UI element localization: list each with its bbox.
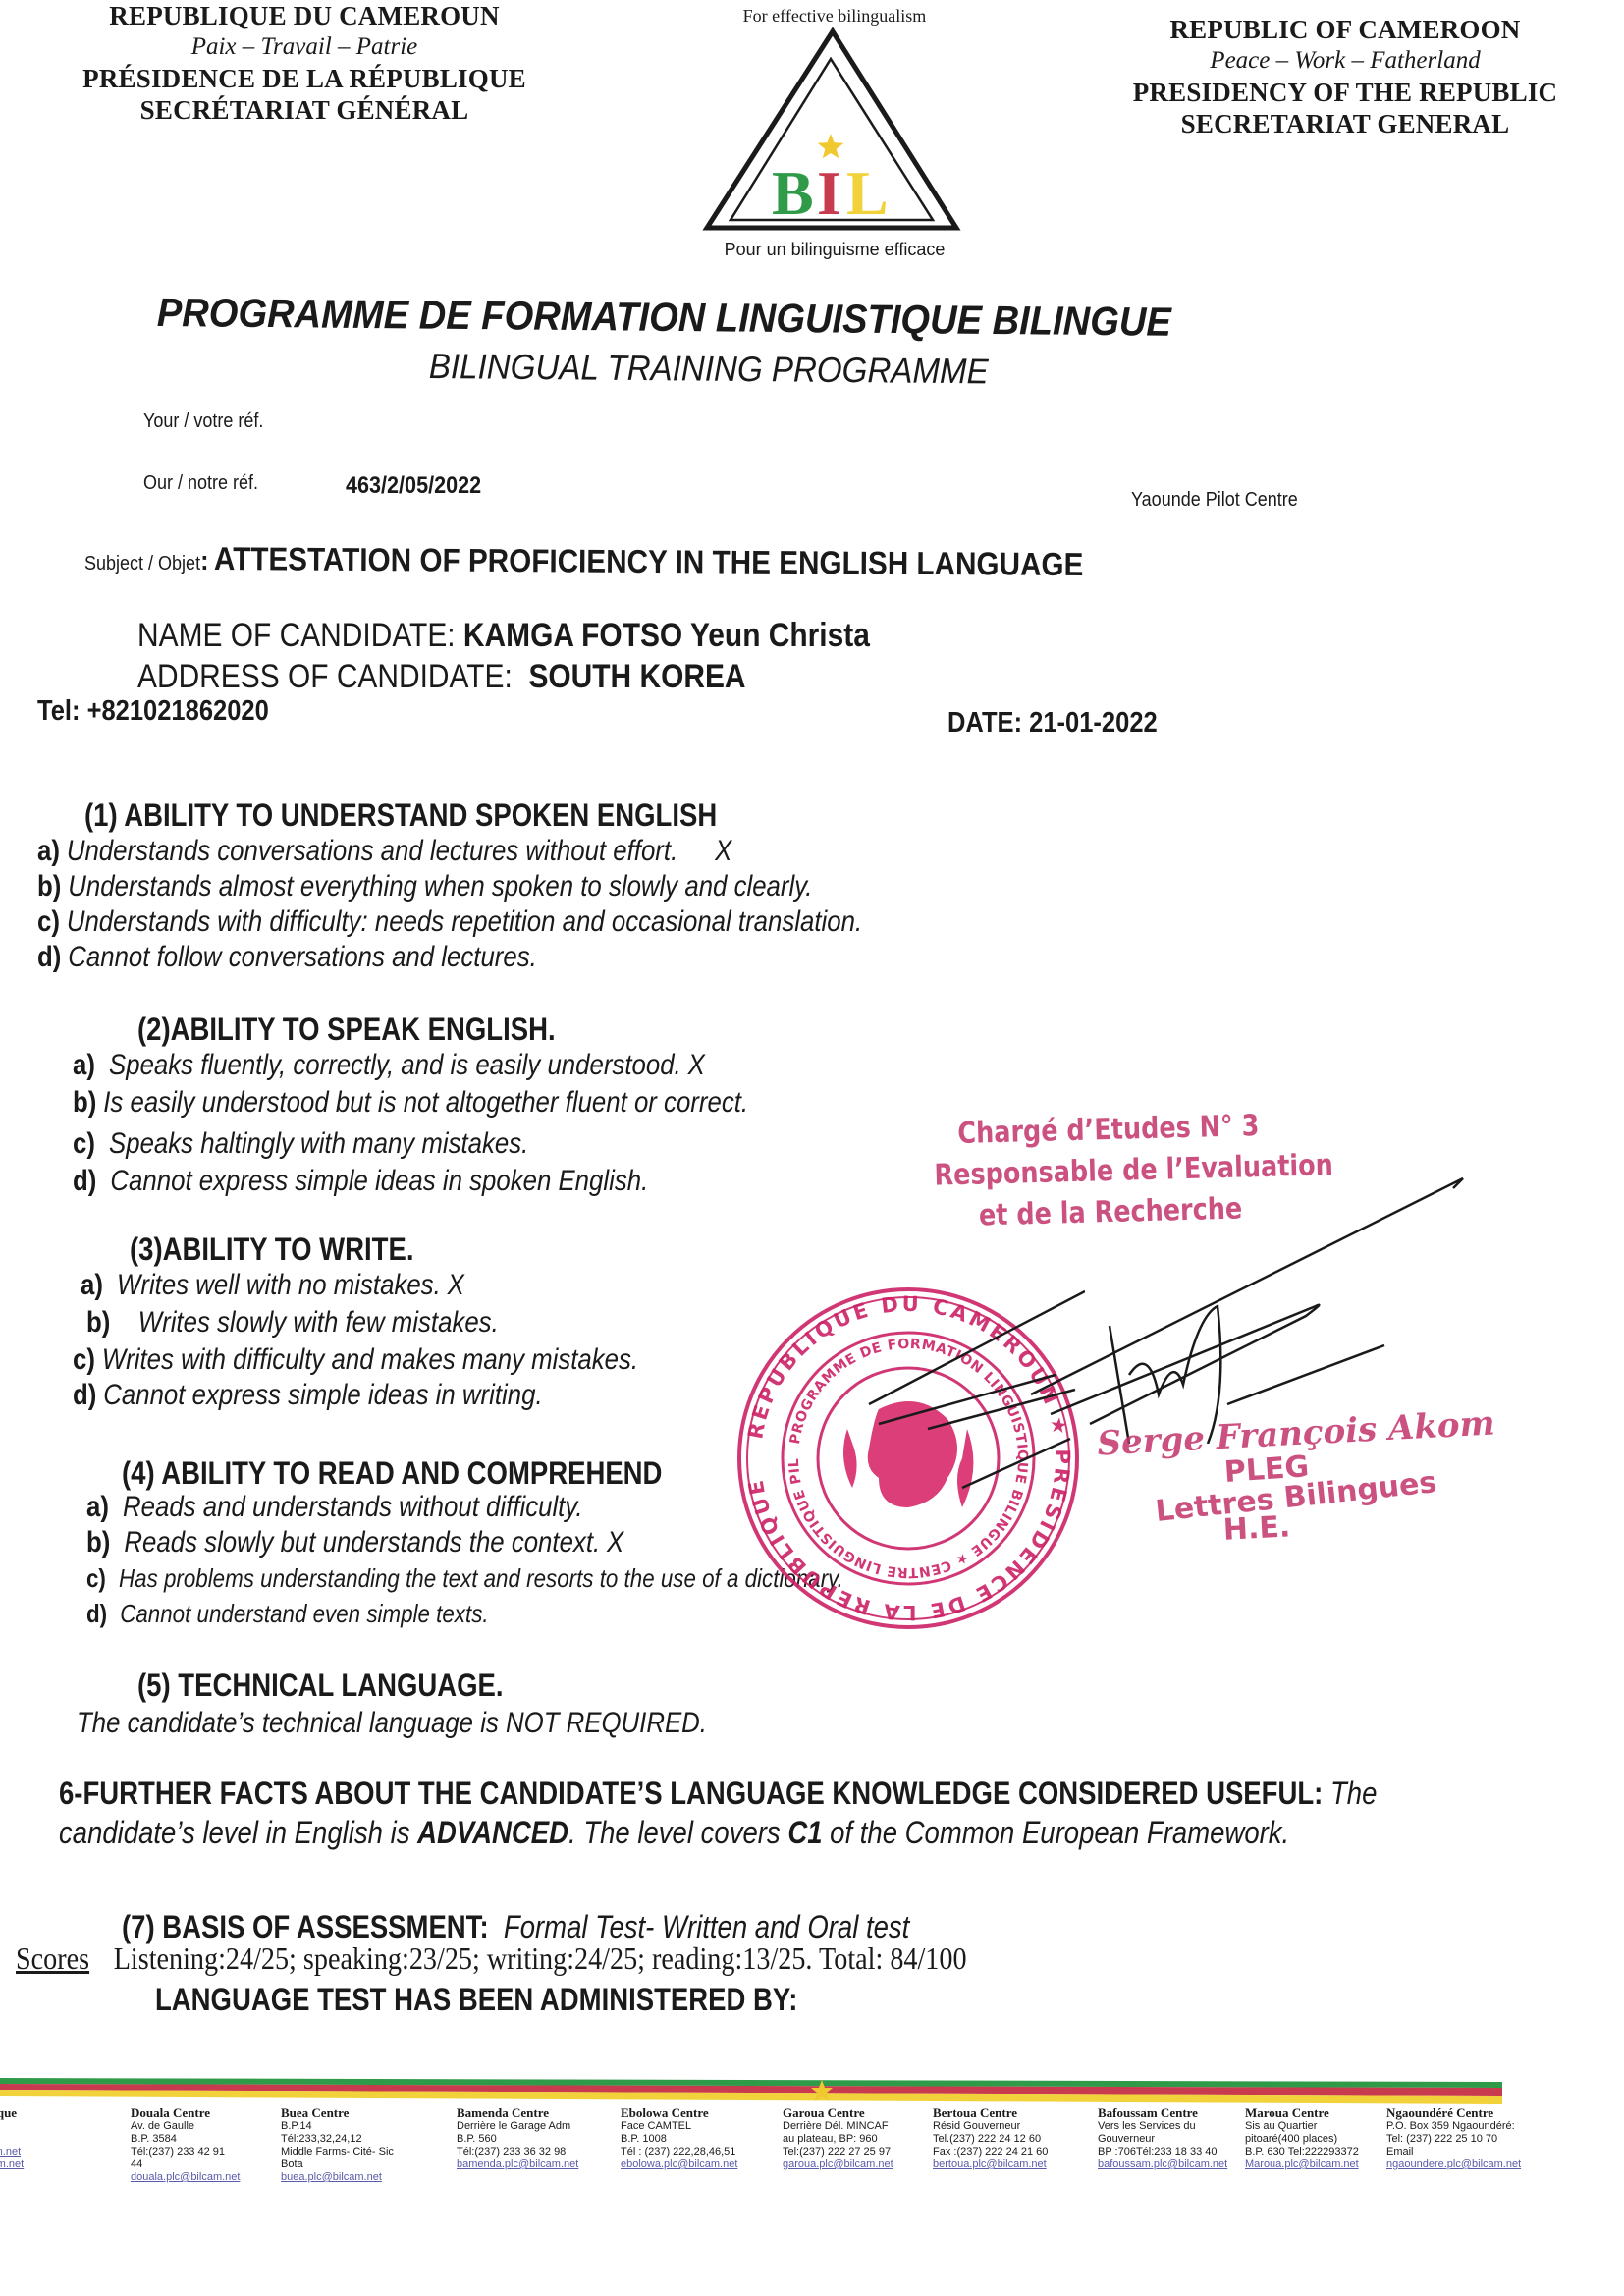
centre-email-link[interactable]: …bilcam.net bbox=[0, 2146, 24, 2159]
centre-address-line: Av. de Gaulle bbox=[131, 2120, 240, 2133]
centre-address-line: Tel: (237) 222 25 10 70 bbox=[1386, 2133, 1521, 2146]
signature-icon bbox=[992, 1149, 1502, 1444]
item-text: Cannot follow conversations and lectures… bbox=[68, 941, 537, 973]
section-1-item-d: d)Cannot follow conversations and lectur… bbox=[37, 941, 537, 974]
centre-address-line: Tél:(237) 233 36 32 98 bbox=[457, 2146, 578, 2159]
attestation-date: DATE: 21-01-2022 bbox=[947, 707, 1158, 739]
centre-address-line: Gouverneur bbox=[1098, 2133, 1227, 2146]
further-facts-text: of the Common European Framework. bbox=[830, 1815, 1289, 1850]
centre-address-line: Tél:(237) 233 42 91 bbox=[131, 2146, 240, 2159]
logo-letter-l: L bbox=[846, 158, 889, 228]
assessment-basis: Formal Test- Written and Oral test bbox=[504, 1909, 909, 1944]
centre-address-line: BP :706Tél:233 18 33 40 bbox=[1098, 2146, 1227, 2159]
secretariat-en: SECRETARIAT GENERAL bbox=[1090, 108, 1600, 139]
item-label: d) bbox=[37, 941, 61, 973]
centre-address-line: P.O. Box 359 Ngaoundéré: bbox=[1386, 2120, 1521, 2133]
item-text: Speaks fluently, correctly, and is easil… bbox=[109, 1049, 681, 1081]
centre-address-line: Sis au Quartier bbox=[1245, 2120, 1359, 2133]
footer-centre: Ngaoundéré CentreP.O. Box 359 Ngaoundéré… bbox=[1386, 2105, 1521, 2171]
item-text: Writes well with no mistakes. bbox=[117, 1269, 441, 1301]
subject-text: ATTESTATION OF PROFICIENCY IN THE ENGLIS… bbox=[214, 540, 1084, 583]
logo-letter-b: B bbox=[772, 158, 814, 228]
centre-address-line: B.P.14 bbox=[281, 2120, 394, 2133]
item-label: a) bbox=[73, 1049, 95, 1081]
scores-text: Listening:24/25; speaking:23/25; writing… bbox=[114, 1941, 967, 1976]
centre-name: Douala Centre bbox=[131, 2105, 240, 2120]
selected-mark: X bbox=[448, 1269, 464, 1301]
item-label: d) bbox=[86, 1599, 107, 1628]
section-5-heading: (5) TECHNICAL LANGUAGE. bbox=[137, 1667, 504, 1704]
centre-address-line: Bota bbox=[281, 2159, 394, 2171]
footer-centre: Bafoussam CentreVers les Services duGouv… bbox=[1098, 2105, 1227, 2171]
scores-row: ScoresListening:24/25; speaking:23/25; w… bbox=[16, 1941, 967, 1977]
centre-address-line: au plateau, BP: 960 bbox=[783, 2133, 893, 2146]
item-text: Understands with difficulty: needs repet… bbox=[67, 905, 862, 938]
selected-mark: X bbox=[607, 1526, 623, 1558]
centre-email-link[interactable]: ebolowa.plc@bilcam.net bbox=[621, 2159, 737, 2171]
centre-address-line: B.P. 560 bbox=[457, 2133, 578, 2146]
section-1-item-a: a)Understands conversations and lectures… bbox=[37, 835, 731, 868]
centre-address-line: Middle Farms- Cité- Sic bbox=[281, 2146, 394, 2159]
item-label: c) bbox=[86, 1563, 106, 1593]
centre-address-line: Tel:(237) 222 27 25 97 bbox=[783, 2146, 893, 2159]
section-3-item-b: b) Writes slowly with few mistakes. bbox=[86, 1306, 499, 1339]
triangle-logo-icon: B I L bbox=[687, 0, 982, 275]
centre-address-line: Derrière Dél. MINCAF bbox=[783, 2120, 893, 2133]
header-french: REPUBLIQUE DU CAMEROUN Paix – Travail – … bbox=[39, 0, 569, 126]
selected-mark: X bbox=[688, 1049, 705, 1081]
assessment-heading: (7) BASIS OF ASSESSMENT: bbox=[122, 1909, 489, 1944]
section-2-item-b: b)Is easily understood but is not altoge… bbox=[73, 1086, 748, 1120]
section-4-heading: (4) ABILITY TO READ AND COMPREHEND bbox=[122, 1455, 662, 1492]
centre-name: Garoua Centre bbox=[783, 2105, 893, 2120]
centre-address-line: B.P. 630 Tel:222293372 bbox=[1245, 2146, 1359, 2159]
section-3-item-c: c)Writes with difficulty and makes many … bbox=[73, 1343, 638, 1377]
motto-en: Peace – Work – Fatherland bbox=[1090, 45, 1600, 77]
scores-label: Scores bbox=[16, 1941, 89, 1976]
centre-name: Bertoua Centre bbox=[933, 2105, 1048, 2120]
subject-label-text: Subject / Objet bbox=[84, 553, 200, 574]
section-3-item-d: d)Cannot express simple ideas in writing… bbox=[73, 1379, 543, 1412]
centre-address-line: Derrière le Garage Adm bbox=[457, 2120, 578, 2133]
section-2-item-c: c) Speaks haltingly with many mistakes. bbox=[73, 1127, 528, 1161]
section-4-item-d: d) Cannot understand even simple texts. bbox=[86, 1599, 489, 1629]
centre-address-line: Tél:233,32,24,12 bbox=[281, 2133, 394, 2146]
candidate-name-row: NAME OF CANDIDATE: KAMGA FOTSO Yeun Chri… bbox=[137, 617, 870, 655]
cefr-level: C1 bbox=[787, 1815, 822, 1850]
footer-centre: …uistique …undé…bilcam.net….bilcam.net bbox=[0, 2105, 24, 2171]
motto-fr: Paix – Travail – Patrie bbox=[39, 31, 569, 63]
centre-address-line: Vers les Services du bbox=[1098, 2120, 1227, 2133]
centre-email-link[interactable]: douala.plc@bilcam.net bbox=[131, 2171, 240, 2184]
item-text: Writes with difficulty and makes many mi… bbox=[102, 1343, 638, 1376]
centre-name: Ngaoundéré Centre bbox=[1386, 2105, 1521, 2120]
signatory-stamp: Serge François Akom PLEG Lettres Bilingu… bbox=[1090, 1414, 1502, 1542]
centre-address-line: Tel.(237) 222 24 12 60 bbox=[933, 2133, 1048, 2146]
secretariat-fr: SECRÉTARIAT GÉNÉRAL bbox=[39, 94, 569, 126]
country-name-en: REPUBLIC OF CAMEROON bbox=[1090, 14, 1600, 45]
further-facts: 6-FURTHER FACTS ABOUT THE CANDIDATE’S LA… bbox=[59, 1774, 1494, 1852]
level-value: ADVANCED bbox=[417, 1815, 568, 1850]
item-text: Understands conversations and lectures w… bbox=[67, 835, 677, 867]
logo-bottom-text: Pour un bilinguisme efficace bbox=[687, 240, 982, 260]
item-text: Cannot express simple ideas in spoken En… bbox=[110, 1165, 648, 1197]
item-label: d) bbox=[73, 1165, 96, 1197]
centre-email-link[interactable]: ngaoundere.plc@bilcam.net bbox=[1386, 2159, 1521, 2171]
bil-logo: For effective bilingualism B I L Pour un… bbox=[687, 0, 982, 275]
candidate-address: SOUTH KOREA bbox=[528, 658, 745, 695]
centre-address-line: Tél : (237) 222,28,46,51 bbox=[621, 2146, 737, 2159]
item-text: Reads and understands without difficulty… bbox=[123, 1491, 582, 1523]
centre-address-line: B.P. 1008 bbox=[621, 2133, 737, 2146]
section-2-heading: (2)ABILITY TO SPEAK ENGLISH. bbox=[137, 1011, 556, 1048]
centre-email-link[interactable]: bafoussam.plc@bilcam.net bbox=[1098, 2159, 1227, 2171]
section-4-item-c: c) Has problems understanding the text a… bbox=[86, 1563, 843, 1594]
item-label: b) bbox=[86, 1526, 110, 1558]
programme-title-en: BILINGUAL TRAINING PROGRAMME bbox=[429, 346, 989, 392]
footer-flag-band bbox=[0, 2074, 1502, 2104]
candidate-name-label: NAME OF CANDIDATE: bbox=[137, 617, 456, 654]
country-name-fr: REPUBLIQUE DU CAMEROUN bbox=[39, 0, 569, 31]
item-label: b) bbox=[86, 1306, 110, 1339]
item-text: Cannot express simple ideas in writing. bbox=[103, 1379, 542, 1411]
candidate-address-label: ADDRESS OF CANDIDATE: bbox=[137, 658, 513, 695]
section-1-heading: (1) ABILITY TO UNDERSTAND SPOKEN ENGLISH bbox=[84, 797, 717, 834]
header-english: REPUBLIC OF CAMEROON Peace – Work – Fath… bbox=[1090, 14, 1600, 139]
footer-centre: Garoua CentreDerrière Dél. MINCAFau plat… bbox=[783, 2105, 893, 2171]
footer-centre: Ebolowa CentreFace CAMTELB.P. 1008Tél : … bbox=[621, 2105, 737, 2171]
item-text: Cannot understand even simple texts. bbox=[120, 1599, 488, 1628]
centre-address-line: Email bbox=[1386, 2146, 1521, 2159]
item-label: b) bbox=[73, 1086, 96, 1119]
section-3-item-a: a) Writes well with no mistakes.X bbox=[81, 1269, 464, 1302]
logo-letter-i: I bbox=[817, 158, 841, 228]
section-4-item-b: b) Reads slowly but understands the cont… bbox=[86, 1526, 623, 1559]
presidency-fr: PRÉSIDENCE DE LA RÉPUBLIQUE bbox=[39, 63, 569, 94]
item-text: Understands almost everything when spoke… bbox=[68, 870, 812, 902]
centre-name: Ebolowa Centre bbox=[621, 2105, 737, 2120]
centre-email-link[interactable]: buea.plc@bilcam.net bbox=[281, 2171, 394, 2184]
footer-centre: Bamenda CentreDerrière le Garage AdmB.P.… bbox=[457, 2105, 578, 2171]
centre-name: Buea Centre bbox=[281, 2105, 394, 2120]
further-facts-text: . The level covers bbox=[568, 1815, 781, 1850]
item-text: Writes slowly with few mistakes. bbox=[138, 1306, 499, 1339]
further-facts-heading: 6-FURTHER FACTS ABOUT THE CANDIDATE’S LA… bbox=[59, 1776, 1323, 1811]
footer-centre: Maroua CentreSis au Quartierpitoaré(400 … bbox=[1245, 2105, 1359, 2171]
centre-address-line: 44 bbox=[131, 2159, 240, 2171]
item-label: b) bbox=[37, 870, 61, 902]
item-label: c) bbox=[73, 1343, 95, 1376]
centre-name: Bafoussam Centre bbox=[1098, 2105, 1227, 2120]
section-4-item-a: a) Reads and understands without difficu… bbox=[86, 1491, 583, 1524]
our-ref-value: 463/2/05/2022 bbox=[346, 472, 481, 500]
centre-address-line: Résid Gouverneur bbox=[933, 2120, 1048, 2133]
centre-name: Bamenda Centre bbox=[457, 2105, 578, 2120]
item-label: a) bbox=[37, 835, 60, 867]
selected-mark: X bbox=[715, 835, 731, 867]
centre-email-link[interactable]: bertoua.plc@bilcam.net bbox=[933, 2159, 1048, 2171]
item-label: a) bbox=[86, 1491, 109, 1523]
technical-language-text: The candidate’s technical language is NO… bbox=[77, 1707, 707, 1740]
footer-centre: Buea CentreB.P.14Tél:233,32,24,12Middle … bbox=[281, 2105, 394, 2184]
footer-centre: Bertoua CentreRésid GouverneurTel.(237) … bbox=[933, 2105, 1048, 2171]
centre-email-link[interactable]: ….bilcam.net bbox=[0, 2159, 24, 2171]
item-label: a) bbox=[81, 1269, 103, 1301]
star-icon bbox=[818, 134, 844, 158]
candidate-address-row: ADDRESS OF CANDIDATE: SOUTH KOREA bbox=[137, 658, 746, 696]
item-text: Speaks haltingly with many mistakes. bbox=[109, 1127, 528, 1160]
item-label: d) bbox=[73, 1379, 96, 1411]
candidate-name: KAMGA FOTSO Yeun Christa bbox=[463, 617, 870, 654]
candidate-tel: Tel: +821021862020 bbox=[37, 695, 269, 728]
centre-address-line: Fax :(237) 222 24 21 60 bbox=[933, 2146, 1048, 2159]
item-label: c) bbox=[73, 1127, 95, 1160]
centre-address-line: …undé bbox=[0, 2133, 24, 2146]
our-ref-label: Our / notre réf. bbox=[143, 472, 258, 495]
administered-by: LANGUAGE TEST HAS BEEN ADMINISTERED BY: bbox=[155, 1982, 797, 2018]
item-text: Is easily understood but is not altogeth… bbox=[103, 1086, 748, 1119]
centre-name: …uistique bbox=[0, 2105, 24, 2120]
footer-centre: Douala CentreAv. de GaulleB.P. 3584Tél:(… bbox=[131, 2105, 240, 2184]
centre-email-link[interactable]: Maroua.plc@bilcam.net bbox=[1245, 2159, 1359, 2171]
section-1-item-c: c)Understands with difficulty: needs rep… bbox=[37, 905, 862, 939]
section-2-item-d: d) Cannot express simple ideas in spoken… bbox=[73, 1165, 648, 1198]
centre-name: Maroua Centre bbox=[1245, 2105, 1359, 2120]
item-text: Reads slowly but understands the context… bbox=[124, 1526, 600, 1558]
centre-address-line: pitoaré(400 places) bbox=[1245, 2133, 1359, 2146]
centre-email-link[interactable]: garoua.plc@bilcam.net bbox=[783, 2159, 893, 2171]
subject-label: Subject / Objet: bbox=[84, 545, 208, 576]
centre-name: Yaounde Pilot Centre bbox=[1131, 489, 1298, 512]
centre-address-line: Face CAMTEL bbox=[621, 2120, 737, 2133]
section-3-heading: (3)ABILITY TO WRITE. bbox=[130, 1231, 413, 1268]
centre-address-line bbox=[0, 2120, 24, 2133]
programme-title-fr: PROGRAMME DE FORMATION LINGUISTIQUE BILI… bbox=[157, 290, 1171, 346]
presidency-en: PRESIDENCY OF THE REPUBLIC bbox=[1090, 77, 1600, 108]
item-label: c) bbox=[37, 905, 60, 938]
centre-email-link[interactable]: bamenda.plc@bilcam.net bbox=[457, 2159, 578, 2171]
section-1-item-b: b)Understands almost everything when spo… bbox=[37, 870, 812, 903]
your-ref-label: Your / votre réf. bbox=[143, 410, 263, 433]
section-2-item-a: a) Speaks fluently, correctly, and is ea… bbox=[73, 1049, 705, 1082]
centre-address-line: B.P. 3584 bbox=[131, 2133, 240, 2146]
